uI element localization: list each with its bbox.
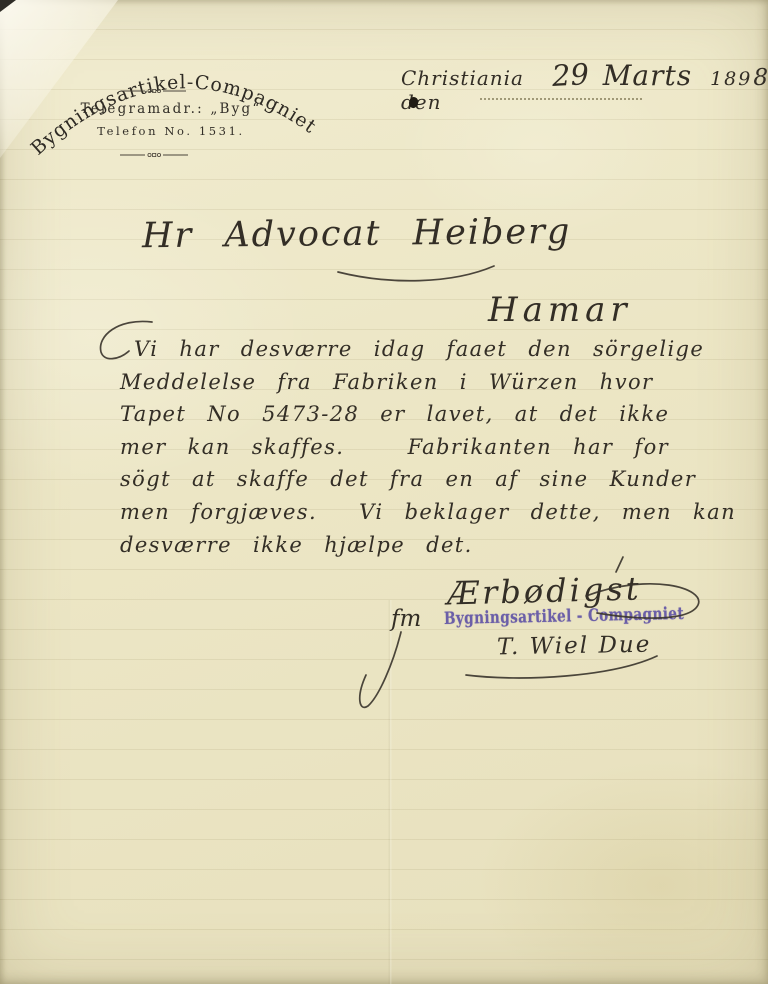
divider-ornament-top-icon (122, 86, 186, 96)
telegram-address-line: Telegramadr.: „Byg“ (58, 101, 284, 117)
body-line: desværre ikke hjælpe det. (120, 529, 742, 562)
body-line: Meddelelse fra Fabriken i Würzen hvor (120, 366, 742, 399)
recipient-name: Hr Advocat Heiberg (142, 212, 572, 256)
divider-ornament-bottom-icon (120, 150, 188, 160)
letter-page: Bygningsartikel-Compagniet Telegramadr.:… (0, 0, 768, 984)
company-stamp: Bygningsartikel - Compagniet (444, 604, 684, 629)
body-line: mer kan skaffes. Fabrikanten har for (120, 431, 742, 464)
telephone-line: Telefon No. 1531. (58, 124, 284, 138)
body-line: sögt at skaffe det fra en af sine Kunder (120, 463, 742, 496)
body-line: men forgjæves. Vi beklager dette, men ka… (120, 496, 742, 529)
dateline-year-printed: 189 (710, 68, 752, 90)
dotted-fill-line (480, 80, 642, 100)
paper-crease (388, 600, 392, 984)
letterhead-arc: Bygningsartikel-Compagniet (18, 28, 322, 168)
signature: T. Wiel Due (497, 632, 652, 661)
body-line: Tapet No 5473-28 er lavet, at det ikke (120, 398, 742, 431)
per-pro-mark: fm (391, 606, 421, 632)
recipient-city: Hamar (488, 290, 632, 330)
letter-body: Vi har desværre idag faaet den sörgelige… (120, 333, 742, 561)
dateline-year-handwritten: 8 (753, 65, 768, 91)
body-line: Vi har desværre idag faaet den sörgelige (120, 333, 742, 366)
